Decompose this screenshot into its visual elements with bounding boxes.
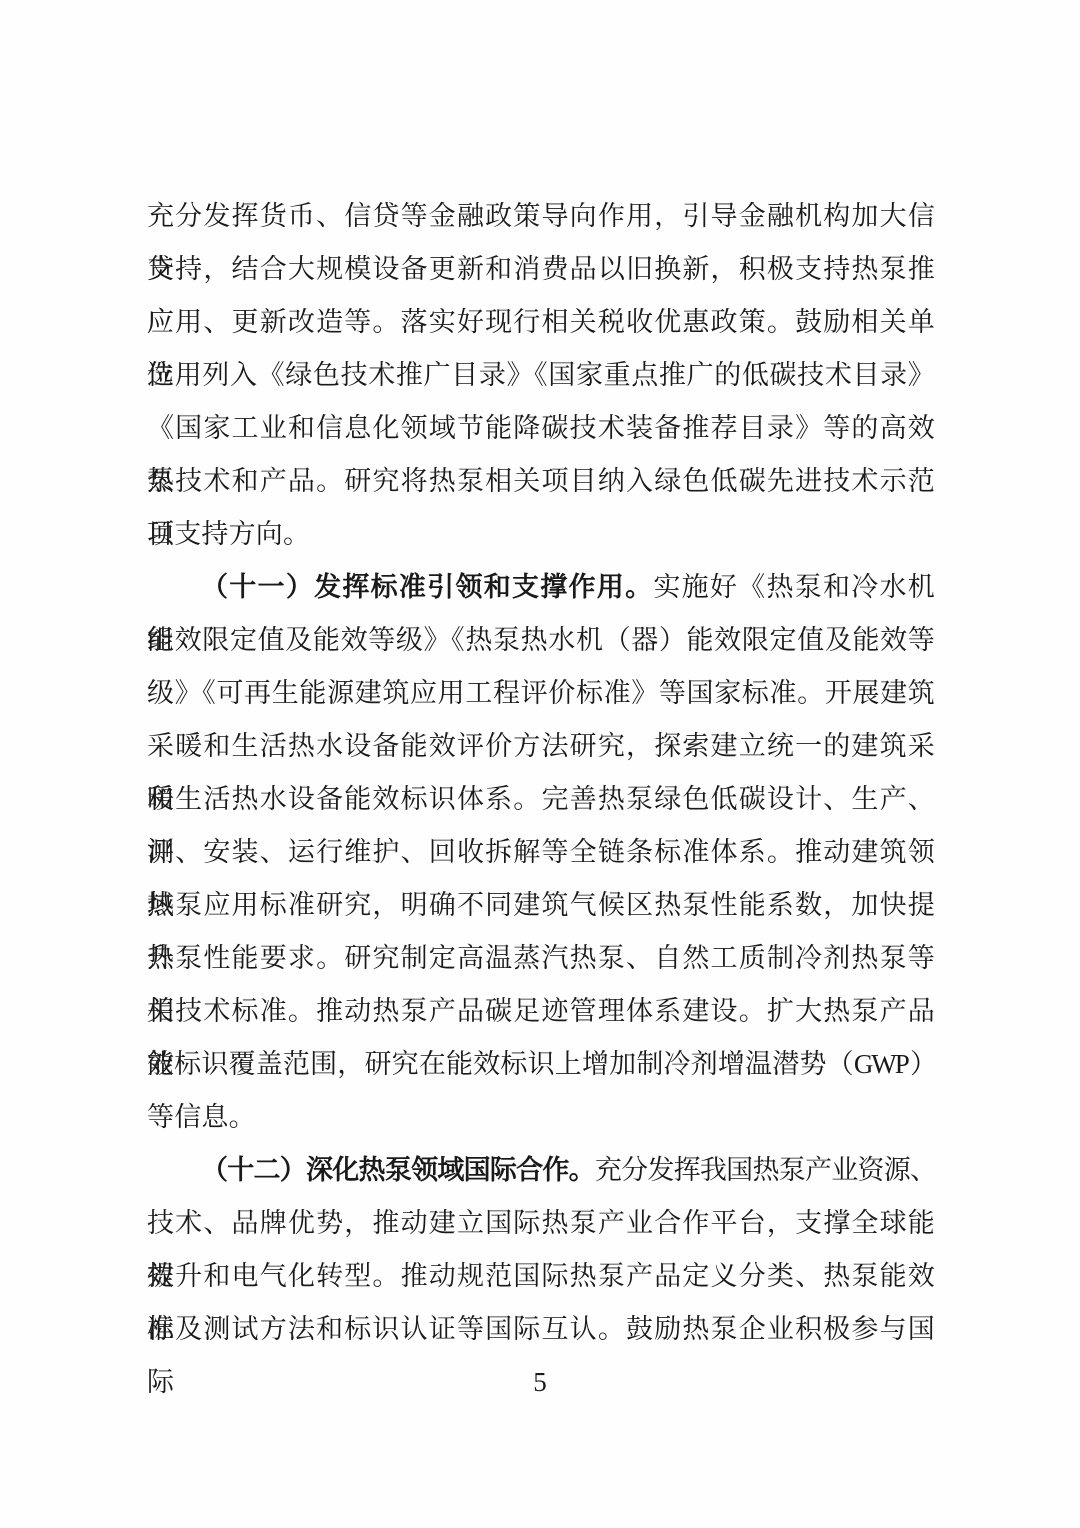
text-line: 采暖和生活热水设备能效评价方法研究，探索建立统一的建筑采暖 (147, 720, 935, 773)
text-line: 《国家工业和信息化领域节能降碳技术装备推荐目录》等的高效热 (147, 402, 935, 455)
text-line: 目支持方向。 (147, 508, 935, 561)
text-line: 支持，结合大规模设备更新和消费品以旧换新，积极支持热泵推广 (147, 243, 935, 296)
body-text: 级》《可再生能源建筑应用工程评价标准》等国家标准。开展建筑 (147, 678, 935, 708)
text-line: 热泵性能要求。研究制定高温蒸汽热泵、自然工质制冷剂热泵等相 (147, 932, 935, 985)
text-line: 应用、更新改造等。落实好现行相关税收优惠政策。鼓励相关单位 (147, 296, 935, 349)
text-line: 能效限定值及能效等级》《热泵热水机（器）能效限定值及能效等 (147, 614, 935, 667)
text-line: 技术、品牌优势，推动建立国际热泵产业合作平台，支撑全球能效 (147, 1197, 935, 1250)
body-text: 目支持方向。 (147, 519, 310, 549)
document-lines: 充分发挥货币、信贷等金融政策导向作用，引导金融机构加大信贷支持，结合大规模设备更… (147, 190, 935, 1356)
text-line: 关技术标准。推动热泵产品碳足迹管理体系建设。扩大热泵产品能 (147, 985, 935, 1038)
text-line: 效标识覆盖范围，研究在能效标识上增加制冷剂增温潜势（GWP） (147, 1038, 935, 1091)
text-line: （十一）发挥标准引领和支撑作用。实施好《热泵和冷水机组 (147, 561, 935, 614)
body-text: 能效限定值及能效等级》《热泵热水机（器）能效限定值及能效等 (147, 625, 935, 655)
text-line: 准及测试方法和标识认证等国际互认。鼓励热泵企业积极参与国际 (147, 1303, 935, 1356)
body-text: 效标识覆盖范围，研究在能效标识上增加制冷剂增温潜势（GWP） (147, 1049, 935, 1079)
text-line: 提升和电气化转型。推动规范国际热泵产品定义分类、热泵能效标 (147, 1250, 935, 1303)
document-page: 充分发挥货币、信贷等金融政策导向作用，引导金融机构加大信贷支持，结合大规模设备更… (0, 0, 1080, 1528)
item-heading: （十一）发挥标准引领和支撑作用。 (201, 572, 653, 602)
item-heading: （十二）深化热泵领域国际合作。 (201, 1155, 595, 1185)
body-text: 等信息。 (147, 1102, 256, 1132)
text-line: 热泵应用标准研究，明确不同建筑气候区热泵性能系数，加快提升 (147, 879, 935, 932)
text-line: 级》《可再生能源建筑应用工程评价标准》等国家标准。开展建筑 (147, 667, 935, 720)
text-line: （十二）深化热泵领域国际合作。充分发挥我国热泵产业资源、 (147, 1144, 935, 1197)
text-line: 泵技术和产品。研究将热泵相关项目纳入绿色低碳先进技术示范项 (147, 455, 935, 508)
text-line: 评、安装、运行维护、回收拆解等全链条标准体系。推动建筑领域 (147, 826, 935, 879)
text-line: 充分发挥货币、信贷等金融政策导向作用，引导金融机构加大信贷 (147, 190, 935, 243)
text-line: 选用列入《绿色技术推广目录》《国家重点推广的低碳技术目录》 (147, 349, 935, 402)
text-line: 等信息。 (147, 1091, 935, 1144)
body-text: 选用列入《绿色技术推广目录》《国家重点推广的低碳技术目录》 (147, 360, 935, 390)
text-line: 和生活热水设备能效标识体系。完善热泵绿色低碳设计、生产、测 (147, 773, 935, 826)
body-text: 充分发挥我国热泵产业资源、 (595, 1155, 935, 1185)
page-number: 5 (0, 1356, 1080, 1409)
